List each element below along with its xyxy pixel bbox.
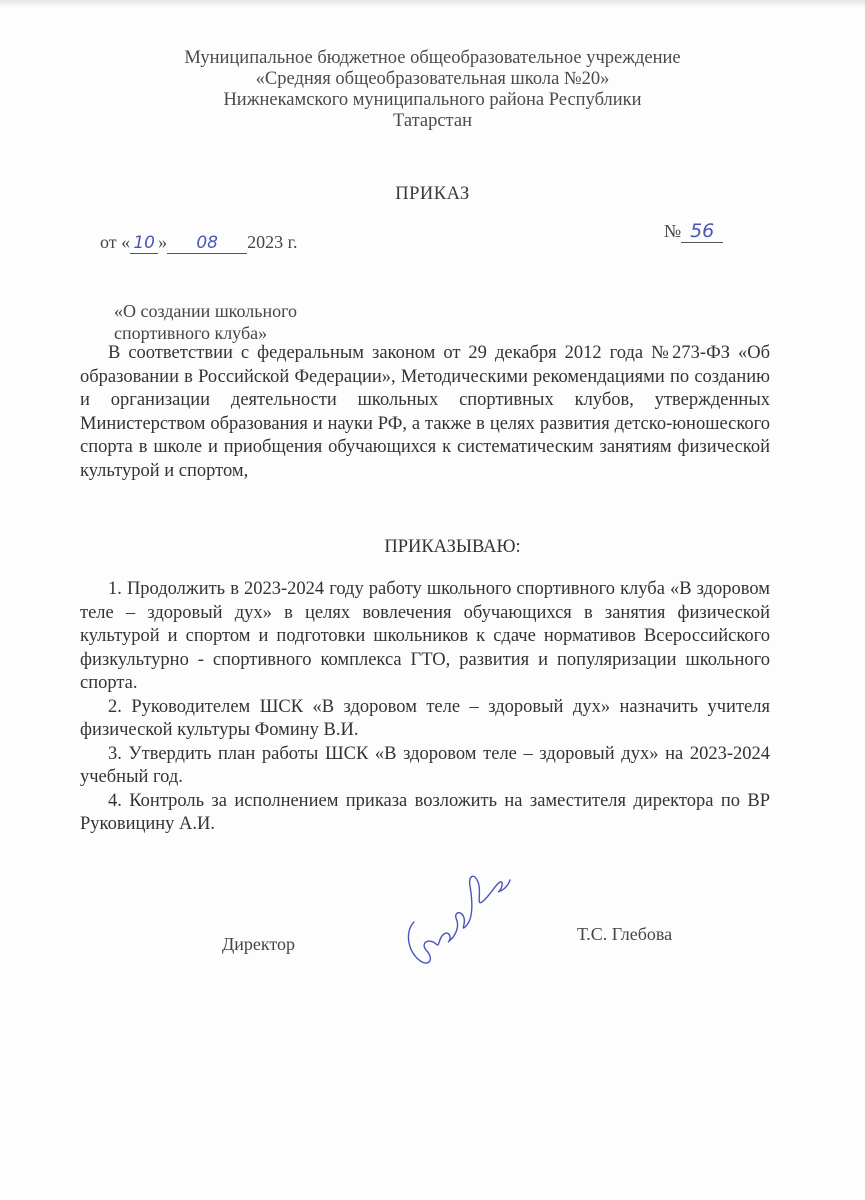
subject-line-1: «О создании школьного	[114, 300, 297, 322]
date-year: 2023 г.	[247, 232, 297, 252]
date-prefix: от «	[100, 232, 130, 252]
date-month: 08	[167, 233, 247, 254]
number-value: 56	[681, 220, 723, 243]
date-day: 10	[130, 233, 158, 254]
number-label: №	[664, 221, 681, 241]
order-number: №56	[664, 220, 723, 243]
org-line-1: Муниципальное бюджетное общеобразователь…	[150, 48, 715, 69]
order-item-2: 2. Руководителем ШСК «В здоровом теле – …	[80, 696, 770, 743]
organization-header: Муниципальное бюджетное общеобразователь…	[150, 48, 715, 132]
signatory-name: Т.С. Глебова	[577, 924, 672, 945]
order-item-3: 3. Утвердить план работы ШСК «В здоровом…	[80, 743, 770, 790]
document-title: ПРИКАЗ	[0, 184, 865, 205]
org-line-3: Нижнекамского муниципального района Респ…	[150, 90, 715, 111]
handwritten-signature-icon	[400, 862, 520, 972]
org-line-4: Татарстан	[150, 111, 715, 132]
order-item-1: 1. Продолжить в 2023-2024 году работу шк…	[80, 578, 770, 696]
date-mid: »	[158, 232, 167, 252]
org-line-2: «Средняя общеобразовательная школа №20»	[150, 69, 715, 90]
subject-line-2: спортивного клуба»	[114, 322, 297, 344]
preamble: В соответствии с федеральным законом от …	[80, 342, 770, 483]
order-heading: ПРИКАЗЫВАЮ:	[0, 537, 865, 558]
order-subject: «О создании школьного спортивного клуба»	[114, 300, 297, 344]
scan-edge	[0, 0, 865, 8]
order-date: от «10»082023 г.	[100, 232, 298, 254]
order-items: 1. Продолжить в 2023-2024 году работу шк…	[80, 578, 770, 837]
order-item-4: 4. Контроль за исполнением приказа возло…	[80, 790, 770, 837]
signatory-role: Директор	[222, 934, 295, 955]
preamble-text: В соответствии с федеральным законом от …	[80, 342, 770, 483]
